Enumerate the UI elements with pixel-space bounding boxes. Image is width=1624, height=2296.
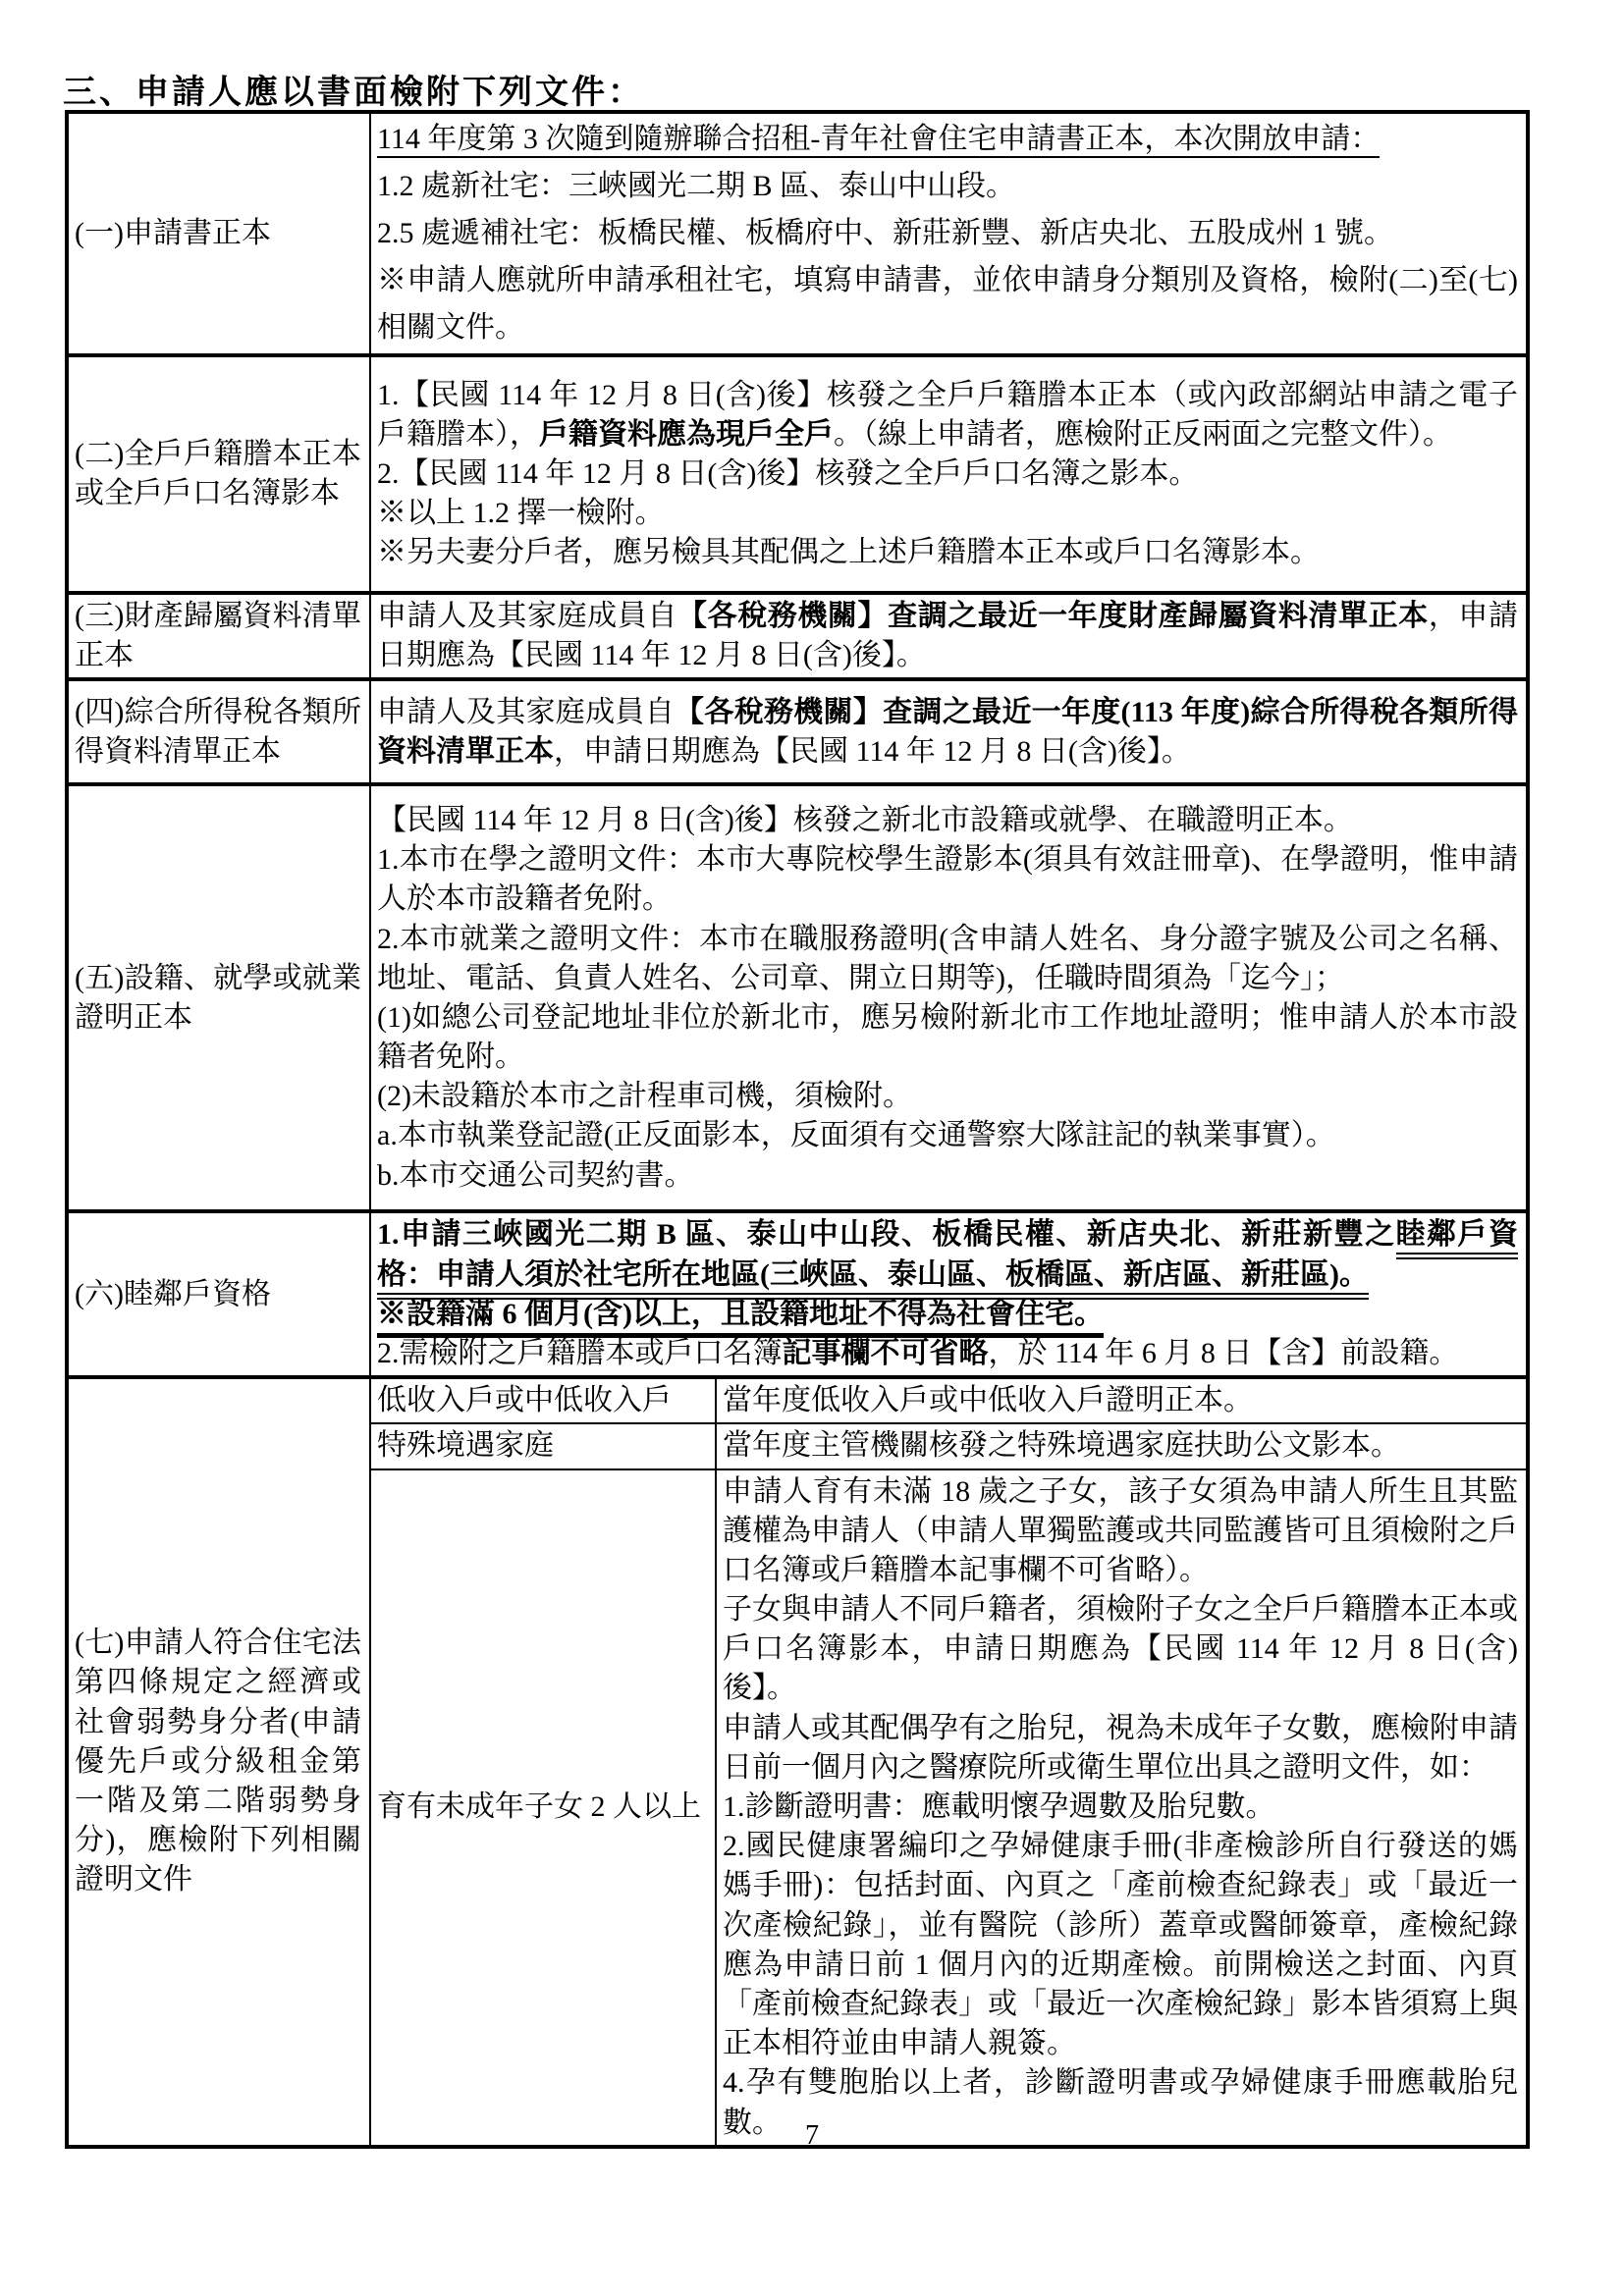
row5-label-text: (五)設籍、就學或就業證明正本 — [75, 959, 361, 1038]
row4-content: 申請人及其家庭成員自【各稅務機關】查調之最近一年度(113 年度)綜合所得稅各類… — [370, 679, 1528, 784]
text-segment: 申請人及其家庭成員自 — [377, 696, 675, 728]
row2-label: (二)全戶戶籍謄本正本或全戶戶口名簿影本 — [67, 355, 370, 593]
row1-label: (一)申請書正本 — [67, 112, 370, 355]
paragraph: 當年度低收入戶或中低收入戶證明正本。 — [723, 1381, 1518, 1420]
table-row: (一)申請書正本 114 年度第 3 次隨到隨辦聯合招租-青年社會住宅申請書正本… — [67, 112, 1528, 355]
bold-text: 戶籍資料應為現戶全戶 — [539, 418, 834, 451]
row7-label: (七)申請人符合住宅法第四條規定之經濟或社會弱勢身分者(申請優先戶或分級租金第一… — [67, 1377, 370, 2147]
row7-label-text: (七)申請人符合住宅法第四條規定之經濟或社會弱勢身分者(申請優先戶或分級租金第一… — [75, 1624, 361, 1899]
paragraph: b.本市交通公司契約書。 — [377, 1156, 1518, 1196]
text-segment: ，於 114 年 6 月 8 日【含】前設籍。 — [989, 1337, 1459, 1369]
paragraph: 申請人及其家庭成員自【各稅務機關】查調之最近一年度財產歸屬資料清單正本，申請日期… — [377, 597, 1518, 675]
row6-label-text: (六)睦鄰戶資格 — [75, 1275, 361, 1314]
document-page: 三、申請人應以書面檢附下列文件： (一)申請書正本 114 年度第 3 次隨到隨… — [0, 0, 1624, 2296]
paragraph: 2.需檢附之戶籍謄本或戶口名簿記事欄不可省略，於 114 年 6 月 8 日【含… — [377, 1334, 1518, 1373]
row3-label-text: (三)財產歸屬資料清單正本 — [75, 597, 361, 675]
row4-label-text: (四)綜合所得稅各類所得資料清單正本 — [75, 693, 361, 772]
paragraph: ※以上 1.2 擇一檢附。 — [377, 494, 1518, 533]
table-row: (三)財產歸屬資料清單正本 申請人及其家庭成員自【各稅務機關】查調之最近一年度財… — [67, 593, 1528, 679]
table-row: (七)申請人符合住宅法第四條規定之經濟或社會弱勢身分者(申請優先戶或分級租金第一… — [67, 1377, 1528, 1423]
table-row: (二)全戶戶籍謄本正本或全戶戶口名簿影本 1.【民國 114 年 12 月 8 … — [67, 355, 1528, 593]
underlined-text: 114 年度第 3 次隨到隨辦聯合招租-青年社會住宅申請書正本，本次開放申請： — [377, 123, 1380, 158]
paragraph: 1.診斷證明書：應載明懷孕週數及胎兒數。 — [723, 1788, 1518, 1827]
requirements-table: (一)申請書正本 114 年度第 3 次隨到隨辦聯合招租-青年社會住宅申請書正本… — [65, 110, 1530, 2149]
paragraph: 1.本市在學之證明文件：本市大專院校學生證影本(須具有效註冊章)、在學證明，惟申… — [377, 840, 1518, 919]
table-row: (四)綜合所得稅各類所得資料清單正本 申請人及其家庭成員自【各稅務機關】查調之最… — [67, 679, 1528, 784]
row2-content: 1.【民國 114 年 12 月 8 日(含)後】核發之全戶戶籍謄本正本（或內政… — [370, 355, 1528, 593]
page-number: 7 — [0, 2120, 1624, 2152]
paragraph: ※設籍滿 6 個月(含)以上，且設籍地址不得為社會住宅。 — [377, 1295, 1518, 1334]
section-title: 三、申請人應以書面檢附下列文件： — [63, 65, 644, 113]
paragraph: 1.申請三峽國光二期 B 區、泰山中山段、板橋民權、新店央北、新莊新豐之睦鄰戶資… — [377, 1215, 1518, 1294]
paragraph: 2.【民國 114 年 12 月 8 日(含)後】核發之全戶戶口名簿之影本。 — [377, 454, 1518, 494]
bold-underlined-text: ※設籍滿 6 個月(含)以上，且設籍地址不得為社會住宅。 — [377, 1298, 1104, 1338]
bold-text: 【各稅務機關】查調之最近一年度財產歸屬資料清單正本 — [677, 600, 1429, 632]
paragraph: 1.【民國 114 年 12 月 8 日(含)後】核發之全戶戶籍謄本正本（或內政… — [377, 376, 1518, 454]
table-row: (五)設籍、就學或就業證明正本 【民國 114 年 12 月 8 日(含)後】核… — [67, 784, 1528, 1211]
paragraph: 當年度主管機關核發之特殊境遇家庭扶助公文影本。 — [723, 1426, 1518, 1466]
row1-content: 114 年度第 3 次隨到隨辦聯合招租-青年社會住宅申請書正本，本次開放申請： … — [370, 112, 1528, 355]
paragraph: (1)如總公司登記地址非位於新北市，應另檢附新北市工作地址證明；惟申請人於本市設… — [377, 998, 1518, 1077]
paragraph: 114 年度第 3 次隨到隨辦聯合招租-青年社會住宅申請書正本，本次開放申請： — [377, 116, 1518, 163]
text-segment: 2.需檢附之戶籍謄本或戶口名簿 — [377, 1337, 783, 1369]
paragraph: 申請人或其配偶孕有之胎兒，視為未成年子女數，應檢附申請日前一個月內之醫療院所或衛… — [723, 1709, 1518, 1788]
text-segment: 。（線上申請者，應檢附正反兩面之完整文件）。 — [834, 418, 1452, 451]
row5-content: 【民國 114 年 12 月 8 日(含)後】核發之新北市設籍或就學、在職證明正… — [370, 784, 1528, 1211]
paragraph: 2.5 處遞補社宅：板橋民權、板橋府中、新莊新豐、新店央北、五股成州 1 號。 — [377, 210, 1518, 257]
row7-sub3-requirement: 申請人育有未滿 18 歲之子女，該子女須為申請人所生且其監護權為申請人（申請人單… — [716, 1469, 1528, 2147]
paragraph: ※申請人應就所申請承租社宅，填寫申請書，並依申請身分類別及資格，檢附(二)至(七… — [377, 257, 1518, 351]
row6-content: 1.申請三峽國光二期 B 區、泰山中山段、板橋民權、新店央北、新莊新豐之睦鄰戶資… — [370, 1211, 1528, 1377]
row7-sub3-category: 育有未成年子女 2 人以上 — [370, 1469, 716, 2147]
table-row: (六)睦鄰戶資格 1.申請三峽國光二期 B 區、泰山中山段、板橋民權、新店央北、… — [67, 1211, 1528, 1377]
category-text: 育有未成年子女 2 人以上 — [377, 1788, 707, 1827]
paragraph: 【民國 114 年 12 月 8 日(含)後】核發之新北市設籍或就學、在職證明正… — [377, 801, 1518, 840]
category-text: 特殊境遇家庭 — [377, 1426, 707, 1466]
paragraph: 2.本市就業之證明文件：本市在職服務證明(含申請人姓名、身分證字號及公司之名稱、… — [377, 920, 1518, 998]
paragraph: ※另夫妻分戶者，應另檢具其配偶之上述戶籍謄本正本或戶口名簿影本。 — [377, 533, 1518, 572]
paragraph: a.本市執業登記證(正反面影本，反面須有交通警察大隊註記的執業事實）。 — [377, 1116, 1518, 1155]
category-text: 低收入戶或中低收入戶 — [377, 1381, 707, 1420]
row7-sub1-requirement: 當年度低收入戶或中低收入戶證明正本。 — [716, 1377, 1528, 1423]
paragraph: 2.國民健康署編印之孕婦健康手冊(非產檢診所自行發送的媽媽手冊)：包括封面、內頁… — [723, 1827, 1518, 2063]
paragraph: 申請人育有未滿 18 歲之子女，該子女須為申請人所生且其監護權為申請人（申請人單… — [723, 1472, 1518, 1591]
row1-label-text: (一)申請書正本 — [75, 214, 361, 253]
paragraph: 子女與申請人不同戶籍者，須檢附子女之全戶戶籍謄本正本或戶口名簿影本，申請日期應為… — [723, 1590, 1518, 1709]
bold-text: 記事欄不可省略 — [783, 1337, 989, 1369]
text-segment: 申請人及其家庭成員自 — [377, 600, 677, 632]
row6-label: (六)睦鄰戶資格 — [67, 1211, 370, 1377]
paragraph: (2)未設籍於本市之計程車司機，須檢附。 — [377, 1077, 1518, 1116]
row4-label: (四)綜合所得稅各類所得資料清單正本 — [67, 679, 370, 784]
row7-sub2-requirement: 當年度主管機關核發之特殊境遇家庭扶助公文影本。 — [716, 1423, 1528, 1468]
paragraph: 1.2 處新社宅：三峽國光二期 B 區、泰山中山段。 — [377, 163, 1518, 210]
text-segment: ，申請日期應為【民國 114 年 12 月 8 日(含)後】。 — [554, 735, 1191, 768]
bold-text: 1.申請三峽國光二期 B 區、泰山中山段、板橋民權、新店央北、新莊新豐之 — [377, 1218, 1396, 1251]
row7-sub2-category: 特殊境遇家庭 — [370, 1423, 716, 1468]
row3-label: (三)財產歸屬資料清單正本 — [67, 593, 370, 679]
paragraph: 申請人及其家庭成員自【各稅務機關】查調之最近一年度(113 年度)綜合所得稅各類… — [377, 693, 1518, 772]
row3-content: 申請人及其家庭成員自【各稅務機關】查調之最近一年度財產歸屬資料清單正本，申請日期… — [370, 593, 1528, 679]
row2-label-text: (二)全戶戶籍謄本正本或全戶戶口名簿影本 — [75, 435, 361, 513]
row5-label: (五)設籍、就學或就業證明正本 — [67, 784, 370, 1211]
row7-sub1-category: 低收入戶或中低收入戶 — [370, 1377, 716, 1423]
